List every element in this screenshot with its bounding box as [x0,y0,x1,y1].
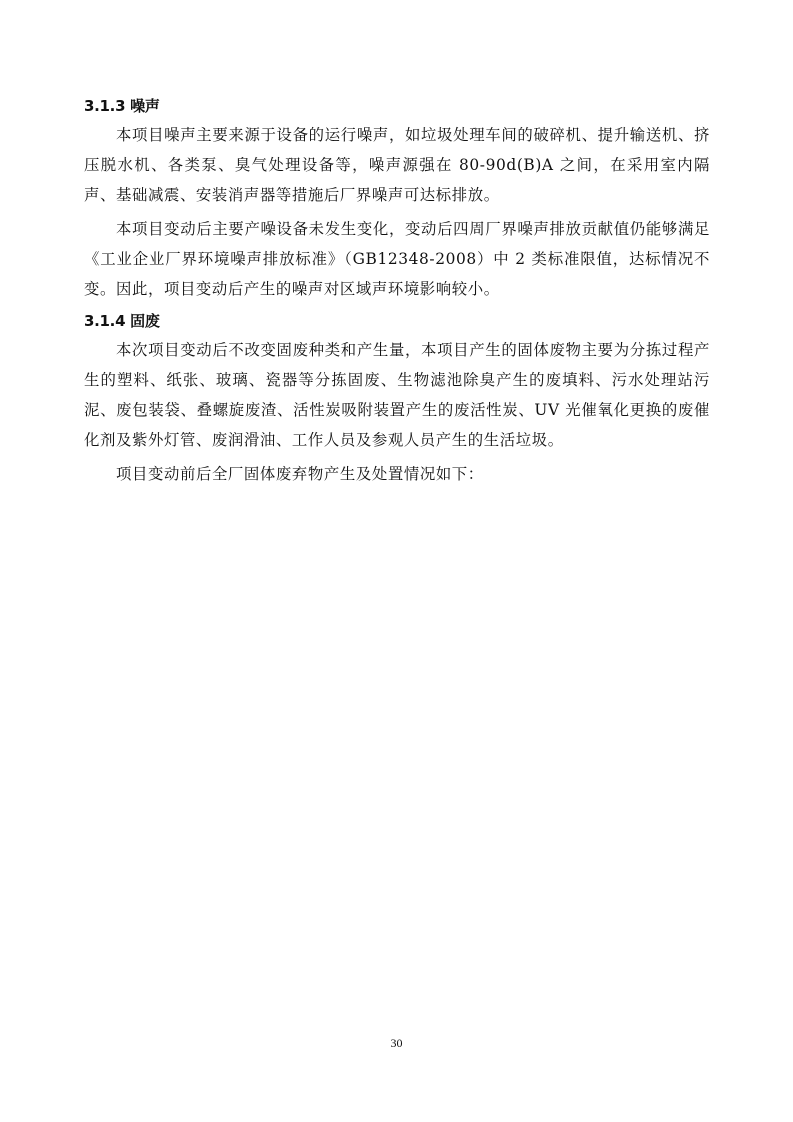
page-number: 30 [0,1036,793,1051]
section-heading-noise: 3.1.3 噪声 [84,93,710,119]
paragraph-noise-change: 本项目变动后主要产噪设备未发生变化，变动后四周厂界噪声排放贡献值仍能够满足《工业… [84,214,710,304]
paragraph-solid-waste-types: 本次项目变动后不改变固废种类和产生量，本项目产生的固体废物主要为分拣过程产生的塑… [84,335,710,455]
section-heading-solid-waste: 3.1.4 固废 [84,308,710,334]
paragraph-noise-sources: 本项目噪声主要来源于设备的运行噪声，如垃圾处理车间的破碎机、提升输送机、挤压脱水… [84,120,710,210]
paragraph-solid-waste-intro: 项目变动前后全厂固体废弃物产生及处置情况如下： [84,459,710,489]
document-page: 3.1.3 噪声 本项目噪声主要来源于设备的运行噪声，如垃圾处理车间的破碎机、提… [84,93,710,489]
